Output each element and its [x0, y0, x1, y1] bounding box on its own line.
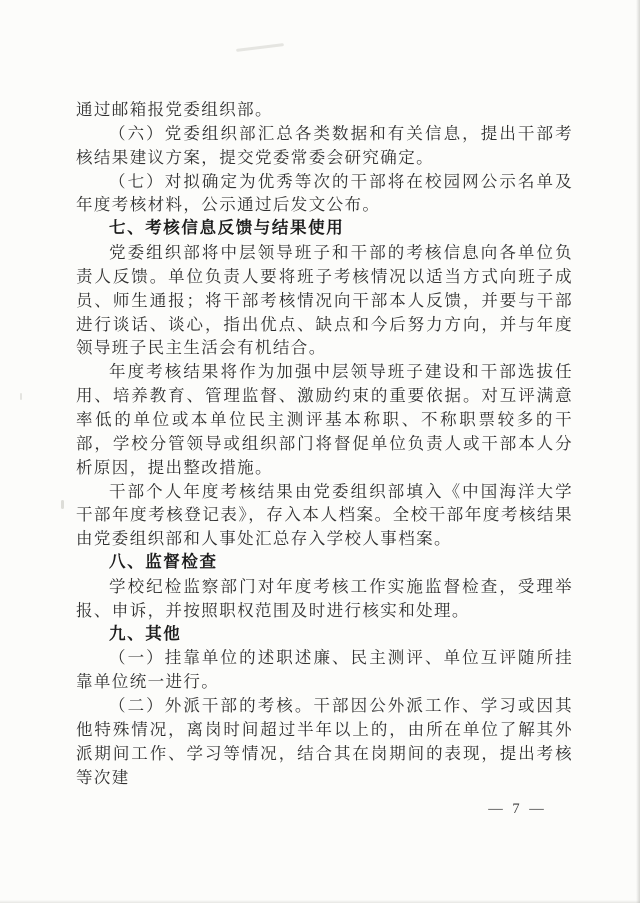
- paragraph-continuation: 通过邮箱报党委组织部。: [76, 98, 573, 122]
- paragraph-result-usage: 年度考核结果将作为加强中层领导班子建设和干部选拔任用、培养教育、管理监督、激励约…: [76, 360, 573, 479]
- scan-speck: [61, 500, 64, 509]
- paragraph-other-2: （二）外派干部的考核。干部因公外派工作、学习或因其他特殊情况，离岗时间超过半年以…: [76, 694, 573, 789]
- document-body: 通过邮箱报党委组织部。 （六）党委组织部汇总各类数据和有关信息，提出干部考核结果…: [76, 98, 573, 789]
- paragraph-item-6: （六）党委组织部汇总各类数据和有关信息，提出干部考核结果建议方案，提交党委常委会…: [76, 122, 573, 170]
- scan-speck: [20, 393, 22, 400]
- paragraph-feedback: 党委组织部将中层领导班子和干部的考核信息向各单位负责人反馈。单位负责人要将班子考…: [76, 241, 573, 360]
- paragraph-supervision: 学校纪检监察部门对年度考核工作实施监督检查，受理举报、申诉，并按照职权范围及时进…: [76, 575, 573, 623]
- paragraph-archive: 干部个人年度考核结果由党委组织部填入《中国海洋大学干部年度考核登记表》，存入本人…: [76, 480, 573, 552]
- section-heading-7: 七、考核信息反馈与结果使用: [76, 217, 573, 241]
- document-page: 通过邮箱报党委组织部。 （六）党委组织部汇总各类数据和有关信息，提出干部考核结果…: [0, 0, 640, 903]
- scan-edge-right: [636, 0, 640, 903]
- paragraph-other-1: （一）挂靠单位的述职述廉、民主测评、单位互评随所挂靠单位统一进行。: [76, 646, 573, 694]
- section-heading-9: 九、其他: [76, 623, 573, 647]
- paragraph-item-7: （七）对拟确定为优秀等次的干部将在校园网公示名单及年度考核材料，公示通过后发文公…: [76, 170, 573, 218]
- page-number: — 7 —: [455, 801, 580, 818]
- scan-smudge: [236, 43, 284, 52]
- section-heading-8: 八、监督检查: [76, 551, 573, 575]
